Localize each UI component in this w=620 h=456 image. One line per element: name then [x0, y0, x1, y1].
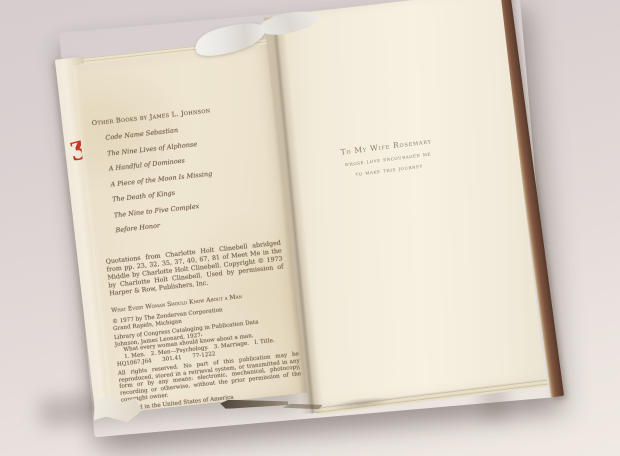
copyright-block: What Every Woman Should Know About a Man… [111, 289, 303, 414]
book-list: Code Name Sebastian The Nine Lives of Al… [105, 123, 218, 242]
worn-board-edge [220, 399, 288, 409]
open-book: ʒ Other Books by James L. Johnson Code N… [59, 0, 555, 437]
book-list-item: Before Honor [115, 215, 218, 234]
quotation-permission-notice: Quotations from Charlotte Holt Clinebell… [105, 240, 284, 299]
photo-background: ʒ Other Books by James L. Johnson Code N… [0, 0, 620, 456]
dedication-text: To My Wife Rosemary whose love encourage… [268, 127, 509, 193]
